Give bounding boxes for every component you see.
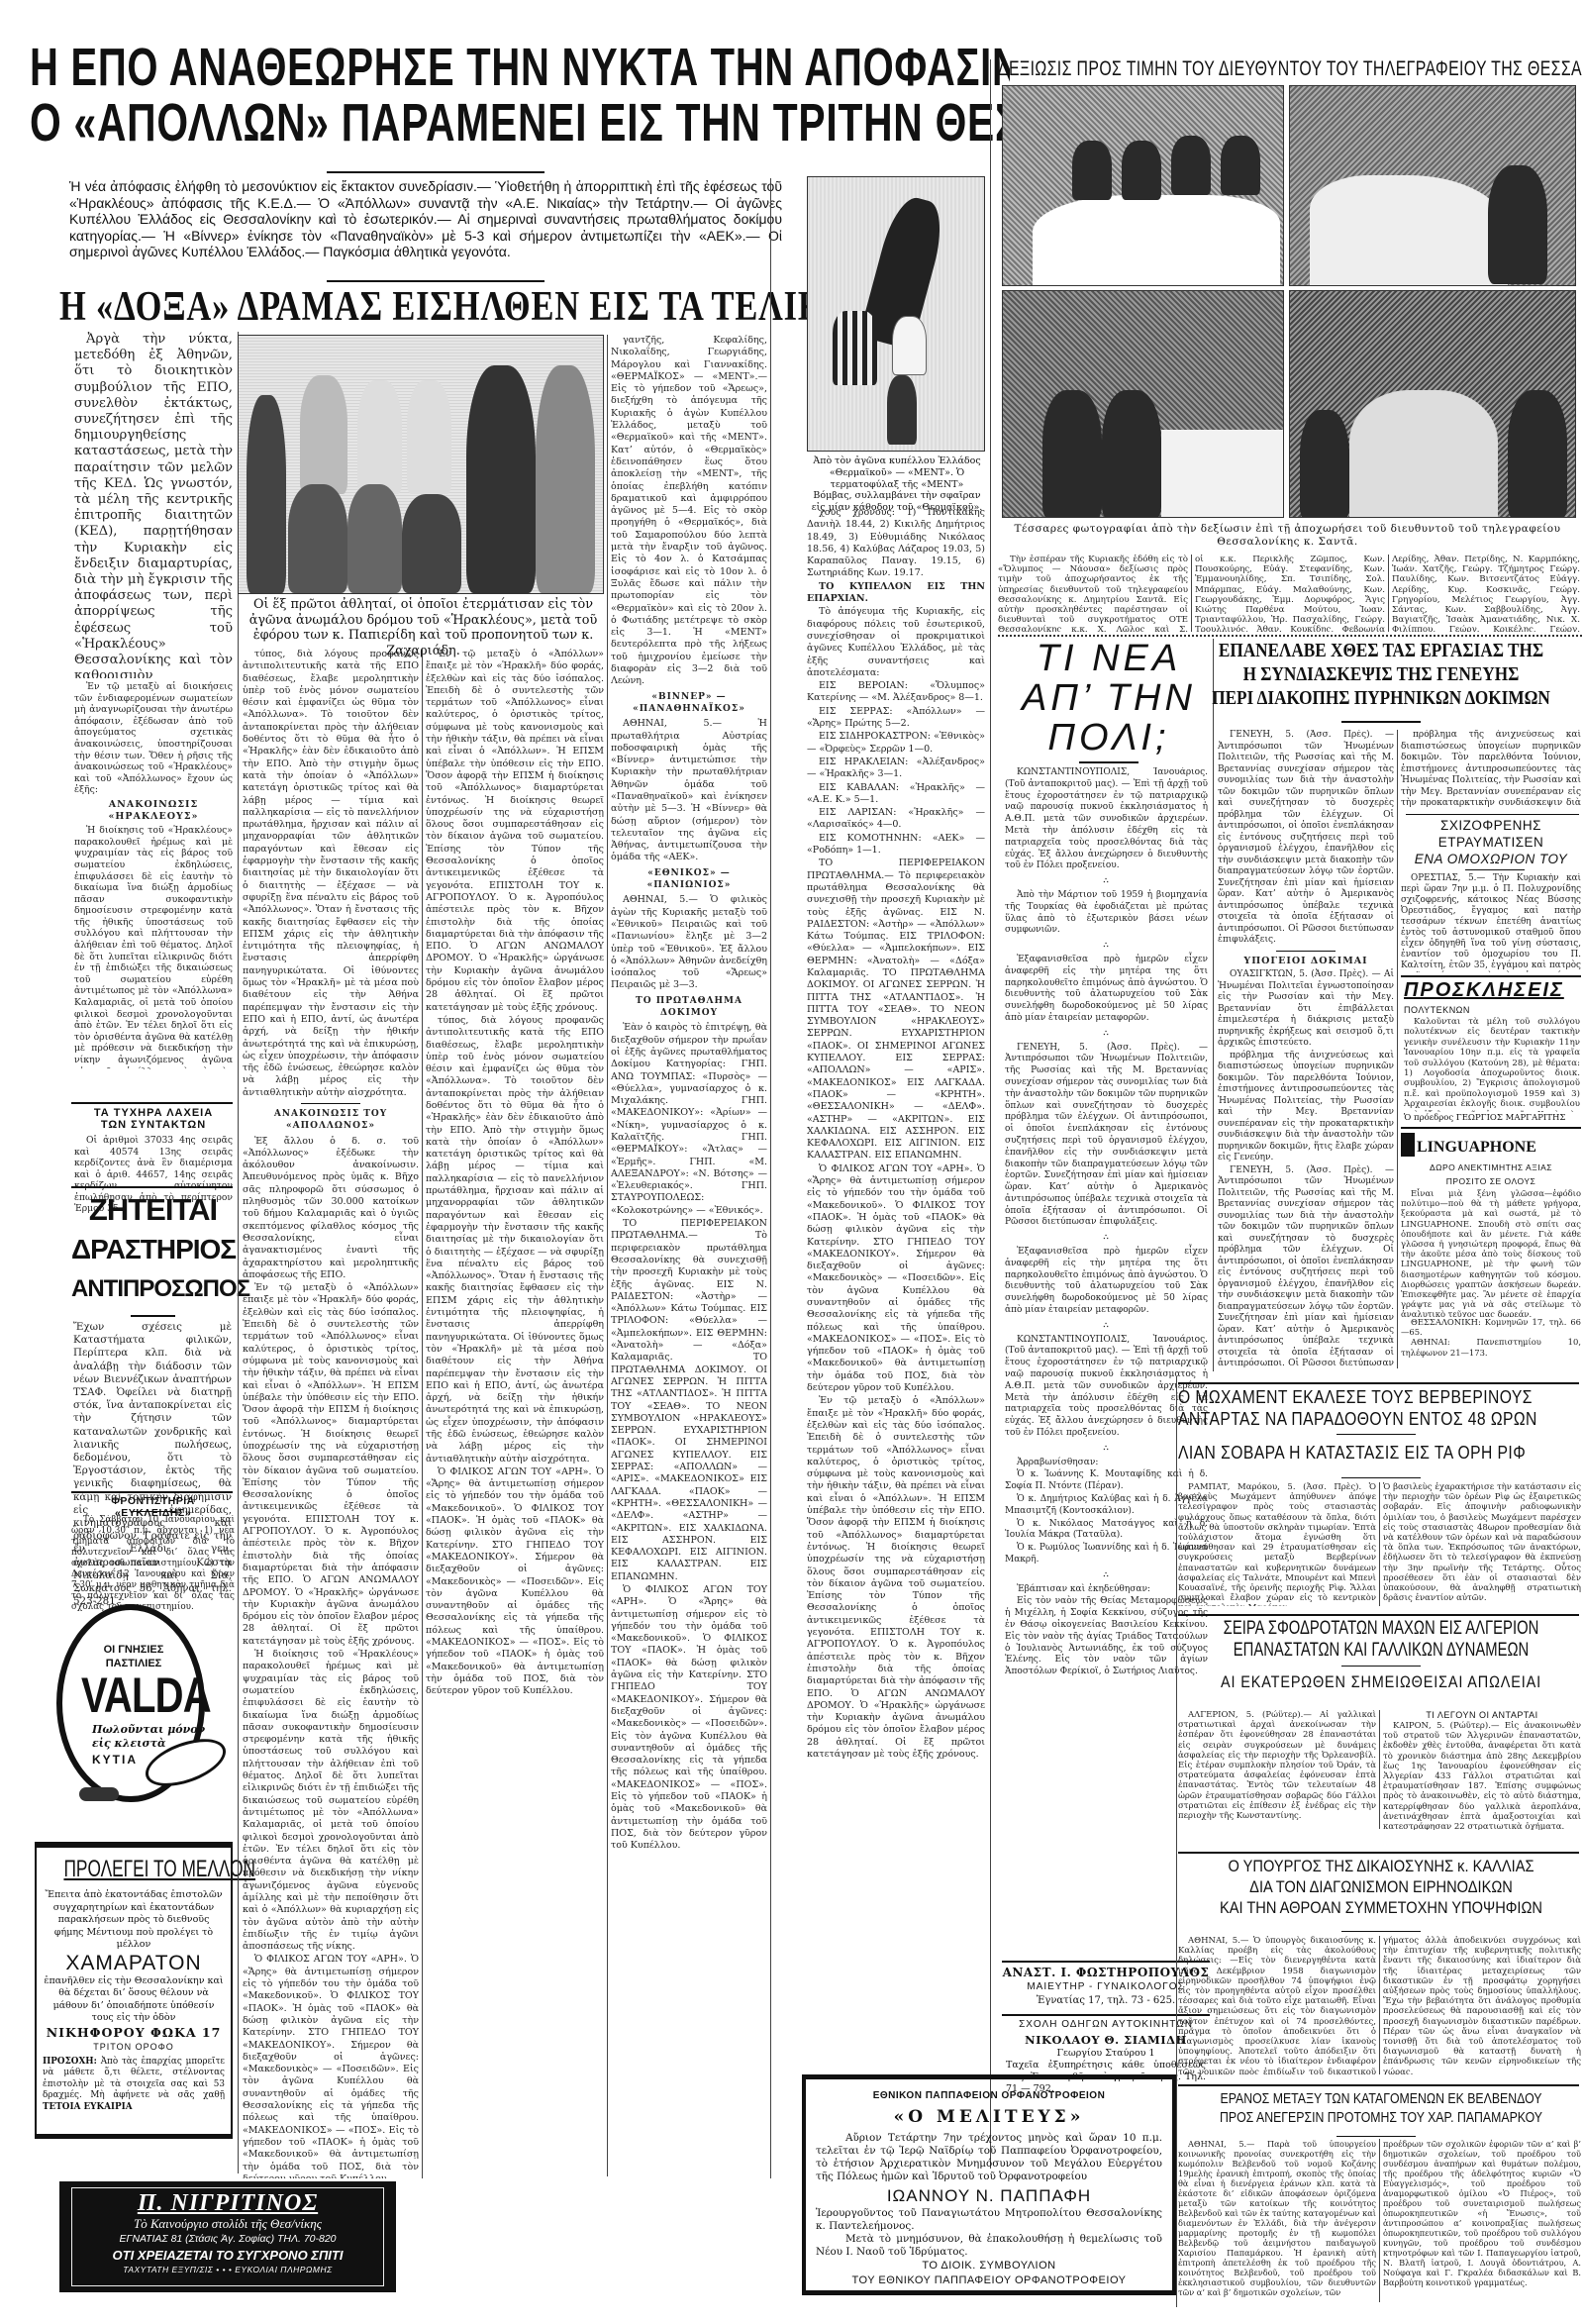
ti-nea-line3: ΠΟΛΙ; bbox=[1005, 718, 1213, 758]
cup-result-3: ΕΙΣ ΣΙΔΗΡΟΚΑΣΤΡΟΝ: «Ἐθνικὸς» — «Ὀρφεὺς» … bbox=[807, 731, 985, 756]
doxa-body-text-1: Ἐν τῷ μεταξὺ αἱ διοικήσεις τῶν ἐνδιαφερο… bbox=[74, 681, 233, 796]
main-headline: Η ΕΠΟ ΑΝΑΘΕΩΡΗΣΕ ΤΗΝ ΝΥΚΤΑ ΤΗΝ ΑΠΟΦΑΣΙΝ … bbox=[30, 40, 1010, 163]
justice-headline-3: ΚΑΙ ΤΗΝ ΑΘΡΟΑΝ ΣΥΜΜΕΤΟΧΗΝ ΥΠΟΨΗΦΙΩΝ bbox=[1207, 1897, 1556, 1918]
table-shape bbox=[1349, 390, 1498, 518]
person-figure bbox=[1221, 136, 1260, 195]
ad-rep-title-3: ΑΝΤΙΠΡΟΣΩΠΟΣ bbox=[71, 1269, 235, 1309]
doxa-body-text-2: Ἡ διοίκησις τοῦ «Ἡρακλέους» παρακολουθεῖ… bbox=[74, 825, 233, 1069]
vinner-subhead: «ΒΙΝΝΕΡ» — «ΠΑΝΑΘΗΝΑΪΚΟΣ» bbox=[611, 691, 767, 716]
invitations-subtitle: ΠΟΛΥΤΕΚΝΩΝ bbox=[1404, 1004, 1470, 1016]
justice-col-2: γήματος ἀλλὰ ἀποδεικνύει συγχρόνως καὶ τ… bbox=[1383, 1936, 1581, 2074]
cup-result-4: ΕΙΣ ΗΡΑΚΛΕΙΑΝ: «Ἀλέξανδρος» — «Ἡρακλῆς» … bbox=[807, 757, 985, 781]
person-figure bbox=[247, 395, 286, 593]
linguaphone-thess: ΘΕΣΣΑΛΟΝΙΚΗ: Κομνηνῶν 17, τηλ. 66—65. bbox=[1401, 1317, 1581, 1337]
fortune-name: ΧΑΜΑΡΑΤΟΝ bbox=[37, 1952, 231, 1975]
geneva-text-2: ΟΥΑΣΙΓΚΤΩΝ, 5. (Ἀσσ. Πρὲς). — Αἱ Ἡνωμένα… bbox=[1218, 969, 1394, 1050]
justice-col-1: ΑΘΗΝΑΙ, 5.— Ὁ ὑπουργὸς δικαιοσύνης κ. Κα… bbox=[1178, 1936, 1376, 2074]
more-sports-text-2: Ὁ ΦΙΛΙΚΟΣ ΑΓΩΝ ΤΟΥ «ΑΡΗ». Ὁ «Ἄρης» θὰ ἀν… bbox=[807, 1163, 985, 1395]
valda-slogan-2: εἰς κλειστὰ bbox=[92, 1737, 165, 1750]
main-deck: Ἡ νέα ἀπόφασις ἐλήφθη τὸ μεσονύκτιον εἰς… bbox=[69, 178, 782, 277]
col4-text-3: ΑΘΗΝΑΙ, 5.— Ὁ φιλικὸς ἀγὼν τῆς Κυριακῆς … bbox=[611, 894, 767, 991]
divider bbox=[1178, 2084, 1579, 2086]
column-divider bbox=[1213, 639, 1214, 1371]
linguaphone-brand-text: LINGUAPHONE bbox=[1417, 1139, 1536, 1157]
ti-nea-text-3: Ἐξαφανισθεῖσα πρὸ ἡμερῶν εἶχεν ἀναφερθῆ … bbox=[1005, 955, 1208, 1025]
column-divider bbox=[1191, 555, 1192, 632]
sports-column-5: χους χρόνους: 1) Ποντικάκης Δανιὴλ 18.44… bbox=[807, 507, 985, 2022]
velvendo-col-1: ΑΘΗΝΑΙ, 5.— Παρὰ τοῦ ὑπουργείου κοινωνικ… bbox=[1178, 2139, 1376, 2302]
schizo-headline-3: ΕΝΑ ΟΜΟΧΩΡΙΟΝ ΤΟΥ bbox=[1401, 851, 1581, 867]
invitations-signature: Ὁ πρόεδρος ΓΕΩΡΓΙΟΣ ΜΑΡΓΑΡΙΤΗΣ bbox=[1404, 1113, 1582, 1124]
person-figure bbox=[536, 365, 595, 593]
divider bbox=[327, 280, 544, 282]
more-sports-text: ΤΟ ΠΕΡΙΦΕΡΕΙΑΚΟΝ ΠΡΩΤΑΘΛΗΜΑ.— Τὸ περιφερ… bbox=[807, 858, 985, 1162]
fortune-notice: ΠΡΟΣΟΧΗ: Ἀπὸ τὰς ἐπαρχίας μπορεῖτε νὰ μά… bbox=[37, 2053, 231, 2114]
doxa-column-2: τύπος, διὰ λόγους προφανῶς ἀντιπολιτευτι… bbox=[243, 649, 419, 2178]
divider bbox=[131, 1315, 175, 1317]
linguaphone-l-icon bbox=[1401, 1133, 1415, 1157]
geneva-headline-3: ΠΕΡΙ ΔΙΑΚΟΠΗΣ ΠΥΡΗΝΙΚΩΝ ΔΟΚΙΜΩΝ bbox=[1207, 686, 1556, 710]
reception-photo-3 bbox=[1002, 290, 1284, 518]
person-figure bbox=[1488, 165, 1547, 284]
reception-headline-text: ΔΕΞΙΩΣΙΣ ΠΡΟΣ ΤΙΜΗΝ ΤΟΥ ΔΙΕΥΘΥΝΤΟΥ ΤΟΥ Τ… bbox=[998, 57, 1438, 81]
col4-text-5: ΤΟ ΠΕΡΙΦΕΡΕΙΑΚΟΝ ΠΡΩΤΑΘΛΗΜΑ.— Τὸ περιφερ… bbox=[611, 1218, 767, 1583]
geneva-headline: ΕΠΑΝΕΛΑΒΕ ΧΘΕΣ ΤΑΣ ΕΡΓΑΣΙΑΣ ΤΗΣ Η ΣΥΝΔΙΑ… bbox=[1178, 639, 1584, 713]
doxa-col2-text-2: Ἐξ ἄλλου ὁ δ. σ. τοῦ «Ἀπόλλωνος» ἐξέδωκε… bbox=[243, 1136, 419, 1282]
nigritinos-brand: Π. ΝΙΓΡΙΤΙΝΟΣ bbox=[78, 2190, 377, 2216]
filler-col-a: Ἐν τῷ μεταξὺ ὁ «Ἀπόλλων» ἔπαιξε μὲ τὸν «… bbox=[243, 1282, 419, 1648]
valda-brand: VALDA bbox=[81, 1667, 184, 1723]
divider bbox=[1336, 2136, 1416, 2137]
person-figure bbox=[1102, 390, 1161, 518]
cup-result-1: ΕΙΣ ΒΕΡΟΙΑΝ: «Ὄλυμπος» Κατερίνης — «Μ. Ἀ… bbox=[807, 680, 985, 705]
nigritinos-line3: ΟΤΙ ΧΡΕΙΑΖΕΤΑΙ ΤΟ ΣΥΓΧΡΟΝΟ ΣΠΙΤΙ bbox=[78, 2247, 377, 2264]
triangle-icon: ∴ bbox=[1005, 875, 1208, 887]
orphanage-sign-1: ΤΟ ΔΙΟΙΚ. ΣΥΜΒΟΥΛΙΟΝ bbox=[816, 2259, 1162, 2273]
doxa-body-left: Ἐν τῷ μεταξὺ αἱ διοικήσεις τῶν ἐνδιαφερο… bbox=[74, 681, 233, 1069]
person-figure bbox=[1042, 390, 1102, 518]
column-divider bbox=[1379, 1482, 1380, 1606]
fortune-floor: ΤΡΙΤΟΝ ΟΡΟΦΟ bbox=[37, 2041, 231, 2053]
column-divider bbox=[1379, 1936, 1380, 2074]
divider bbox=[1401, 1127, 1581, 1129]
fortune-notice-end: ΤΕΤΟΙΑ ΕΥΚΑΙΡΙΑ bbox=[43, 2102, 133, 2112]
ti-nea-text-4: ΓΕΝΕΥΗ, 5. (Ἀσσ. Πρὲς). — Ἀντιπρόσωποι τ… bbox=[1005, 1043, 1208, 1230]
cup-result-7: ΕΙΣ ΚΟΜΟΤΗΝΗΝ: «ΑΕΚ» — «Ροδόπη» 1—1. bbox=[807, 833, 985, 858]
match-photo-caption: Ἀπὸ τὸν ἀγῶνα κυπέλλου Ἑλλάδος «Θερμαϊκο… bbox=[810, 455, 984, 514]
divider bbox=[1341, 1666, 1421, 1667]
person-figure bbox=[1171, 136, 1211, 195]
reception-headline: ΔΕΞΙΩΣΙΣ ΠΡΟΣ ΤΙΜΗΝ ΤΟΥ ΔΙΕΥΘΥΝΤΟΥ ΤΟΥ Τ… bbox=[998, 57, 1582, 83]
reception-caption: Τέσσαρες φωτογραφίαι ἀπὸ τὴν δεξίωσιν ἐπ… bbox=[998, 523, 1577, 549]
doxa-col3-text-3: Ὁ ΦΙΛΙΚΟΣ ΑΓΩΝ ΤΟΥ «ΑΡΗ». Ὁ «Ἄρης» θὰ ἀν… bbox=[426, 1466, 604, 1698]
fortune-middle: ἐπανῆλθεν εἰς τὴν Θεσσαλονίκην καὶ θὰ δέ… bbox=[37, 1975, 231, 2025]
triangle-icon: ∴ bbox=[1005, 940, 1208, 952]
table-shape bbox=[1033, 195, 1280, 286]
doxa-column-4: γαντζῆς, Κεφαλίδης, Νικολαΐδης, Γεωργιάδ… bbox=[611, 335, 767, 2176]
col4-text-1: γαντζῆς, Κεφαλίδης, Νικολαΐδης, Γεωργιάδ… bbox=[611, 335, 767, 688]
col4-text-2: ΑΘΗΝΑΙ, 5.— Ἡ πρωταθλήτρια Αὐστρίας ποδο… bbox=[611, 718, 767, 864]
person-figure bbox=[347, 484, 402, 593]
invitations-title: ΠΡΟΣΚΛΗΣΕΙΣ bbox=[1404, 978, 1582, 1002]
divider bbox=[37, 1844, 231, 1848]
divider bbox=[327, 171, 544, 173]
ad-frontistiria: ΦΡΟΝΤΙΣΤΗΡΙΑ «ΕΥΚΛΕΙΔΗΣ» Τὸ Σάββατον 10 … bbox=[71, 1495, 235, 1589]
geneva-text-4: ΓΕΝΕΥΗ, 5. (Ἀσσ. Πρὲς). — Ἀντιπρόσωποι τ… bbox=[1218, 1165, 1394, 1369]
algeria-col-2: ΚΑΪΡΟΝ, 5. (Ρώϋτερ).— Εἰς ἀνακοινωθὲν το… bbox=[1383, 1721, 1581, 1830]
cup-result-2: ΕΙΣ ΣΕΡΡΑΣ: «Ἀπόλλων» — «Ἄρης» Πρώτης 5—… bbox=[807, 706, 985, 731]
lottery-title-1: ΤΑ ΤΥΧΗΡΑ ΛΑΧΕΙΑ bbox=[74, 1107, 233, 1119]
filler-col-a-3: Ὁ ΦΙΛΙΚΟΣ ΑΓΩΝ ΤΟΥ «ΑΡΗ». Ὁ «Ἄρης» θὰ ἀν… bbox=[243, 1954, 419, 2178]
deck-text: Ἡ νέα ἀπόφασις ἐλήφθη τὸ μεσονύκτιον εἰς… bbox=[69, 178, 782, 259]
velvendo-headline: ΕΡΑΝΟΣ ΜΕΤΑΞΥ ΤΩΝ ΚΑΤΑΓΟΜΕΝΩΝ ΕΚ ΒΕΛΒΕΝΔ… bbox=[1178, 2089, 1584, 2133]
divider bbox=[71, 1186, 233, 1188]
column-divider bbox=[1379, 2139, 1380, 2302]
main-headline-line1: Η ΕΠΟ ΑΝΑΘΕΩΡΗΣΕ ΤΗΝ ΝΥΚΤΑ ΤΗΝ ΑΠΟΦΑΣΙΝ … bbox=[30, 40, 755, 95]
schizo-headline-2: ΕΤΡΑΥΜΑΤΙΣΕΝ bbox=[1401, 834, 1581, 851]
linguaphone-brand: LINGUAPHONE bbox=[1401, 1131, 1581, 1157]
divider bbox=[131, 1511, 175, 1512]
table-shape bbox=[1310, 175, 1508, 286]
heracles-subhead: ΑΝΑΚΟΙΝΩΣΙΣ «ΗΡΑΚΛΕΟΥΣ» bbox=[74, 799, 233, 822]
divider bbox=[1178, 1382, 1579, 1384]
algeria-headline-1: ΣΕΙΡΑ ΣΦΟΔΡΟΤΑΤΩΝ ΜΑΧΩΝ ΕΙΣ ΑΛΓΕΡΙΟΝ bbox=[1223, 1618, 1539, 1640]
fortune-address: ΝΙΚΗΦΟΡΟΥ ΦΩΚΑ 17 bbox=[37, 2025, 231, 2041]
column-divider bbox=[1397, 730, 1398, 1368]
algeria-headline: ΣΕΙΡΑ ΣΦΟΔΡΟΤΑΤΩΝ ΜΑΧΩΝ ΕΙΣ ΑΛΓΕΡΙΟΝ ΕΠΑ… bbox=[1178, 1618, 1584, 1713]
linguaphone-ad: LINGUAPHONE ΔΩΡΟ ΑΝΕΚΤΙΜΗΤΗΣ ΑΞΙΑΣ ΠΡΟΣΙ… bbox=[1401, 1131, 1581, 1368]
divider bbox=[1341, 1477, 1421, 1478]
geneva-col-1: ΓΕΝΕΥΗ, 5. (Ἀσσ. Πρὲς). — Ἀντιπρόσωποι τ… bbox=[1218, 730, 1394, 1368]
person-figure bbox=[357, 380, 402, 494]
doxa-column-3: Ἐν τῷ μεταξὺ ὁ «Ἀπόλλων» ἔπαιξε μὲ τὸν «… bbox=[426, 649, 604, 2178]
doxa-col3-text-2: τύπος, διὰ λόγους προφανῶς ἀντιπολιτευτι… bbox=[426, 1015, 604, 1465]
divider bbox=[71, 1491, 233, 1493]
column-divider bbox=[1379, 1710, 1380, 1829]
player-legs bbox=[887, 375, 917, 445]
ti-nea-text-5: Ἐξαφανισθεῖσα πρὸ ἡμερῶν εἶχεν ἀναφερθῆ … bbox=[1005, 1247, 1208, 1317]
underground-subhead: ΥΠΟΓΕΙΟΙ ΔΟΚΙΜΑΙ bbox=[1218, 956, 1394, 967]
orphanage-ad: ΕΘΝΙΚΟΝ ΠΑΠΠΑΦΕΙΟΝ ΟΡΦΑΝΟΤΡΟΦΕΙΟΝ «Ο ΜΕΛ… bbox=[802, 2079, 1176, 2292]
schizo-headline: ΣΧΙΖΟΦΡΕΝΗΣ ΕΤΡΑΥΜΑΤΙΣΕΝ ΕΝΑ ΟΜΟΧΩΡΙΟΝ Τ… bbox=[1401, 817, 1581, 881]
filler-col-a-2: Ἡ διοίκησις τοῦ «Ἡρακλέους» παρακολουθεῖ… bbox=[243, 1649, 419, 1953]
morocco-col-2: Ὁ βασιλεὺς ἐχαρακτήρισε τὴν κατάστασιν ε… bbox=[1383, 1482, 1581, 1606]
dokimou-subhead: ΤΟ ΠΡΩΤΑΘΛΗΜΑ ΔΟΚΙΜΟΥ bbox=[611, 995, 767, 1020]
linguaphone-athens: ΑΘΗΝΑΙ: Πανεπιστημίου 10, τηλέφωνον 21—1… bbox=[1401, 1337, 1581, 1357]
divider bbox=[1406, 814, 1579, 815]
doxa-lead-article: Ἀργὰ τὴν νύκτα, μετεδόθη ἐξ Ἀθηνῶν, ὅτι … bbox=[74, 332, 233, 678]
column-divider bbox=[238, 332, 239, 2173]
orphanage-title: «Ο ΜΕΛΙΤΕΥΣ» bbox=[816, 2105, 1162, 2129]
person-figure bbox=[1300, 410, 1349, 518]
morocco-headline-1: Ο ΜΩΧΑΜΕΝΤ ΕΚΑΛΕΣΕ ΤΟΥΣ ΒΕΡΒΕΡΙΝΟΥΣ bbox=[1178, 1386, 1532, 1408]
triangle-icon: ∴ bbox=[1005, 1028, 1208, 1040]
column-divider bbox=[990, 59, 991, 2169]
cup-text: Τὸ ἀπόγευμα τῆς Κυριακῆς, εἰς διαφόρους … bbox=[807, 606, 985, 679]
reception-col-3: Λερίδης, Ἀθαν. Πετρίδης, Ν. Καρμπόκης, Ἰ… bbox=[1392, 555, 1580, 632]
reception-col-1: Τὴν ἑσπέραν τῆς Κυριακῆς ἐδόθη εἰς τὸ «Ὄ… bbox=[998, 555, 1188, 632]
person-figure bbox=[288, 484, 347, 593]
orphanage-sign-2: ΤΟΥ ΕΘΝΙΚΟΥ ΠΑΠΠΑΦΕΙΟΥ ΟΡΦΑΝΟΤΡΟΦΕΙΟΥ bbox=[816, 2273, 1162, 2288]
column-divider bbox=[607, 335, 608, 2176]
nigritinos-line4: ΤΑΧΥΤΑΤΗ ΕΞΥΠ/ΣΙΣ • • • ΕΥΚΟΛΙΑΙ ΠΛΗΡΩΜΗ… bbox=[78, 2264, 377, 2275]
velvendo-headline-2: ΠΡΟΣ ΑΝΕΓΕΡΣΙΝ ΠΡΟΤΟΜΗΣ ΤΟΥ ΧΑΡ. ΠΑΠΑΜΑΡ… bbox=[1215, 2108, 1547, 2127]
triangle-icon: ∴ bbox=[1005, 1320, 1208, 1332]
col4-text-4: Ἐὰν ὁ καιρὸς τὸ ἐπιτρέψῃ, θὰ διεξαχθοῦν … bbox=[611, 1022, 767, 1217]
ad-rep-title-2: ΔΡΑΣΤΗΡΙΟΣ bbox=[71, 1230, 235, 1269]
reception-photo-4 bbox=[1289, 290, 1576, 518]
velvendo-col-2: προέδρων τῶν σχολικῶν ἐφοριῶν τῶν α’ καὶ… bbox=[1383, 2139, 1581, 2302]
fortune-notice-label: ΠΡΟΣΟΧΗ: bbox=[43, 2057, 97, 2067]
justice-headline-1: Ο ΥΠΟΥΡΓΟΣ ΤΗΣ ΔΙΚΑΙΟΣΥΝΗΣ κ. ΚΑΛΛΙΑΣ bbox=[1207, 1856, 1556, 1876]
valda-slogan-3: ΚΥΤΙΑ bbox=[92, 1753, 138, 1767]
orphanage-text-2: Ἱερουργοῦντος τοῦ Παναγιωτάτου Μητροπολί… bbox=[816, 2207, 1162, 2233]
nigritinos-line2: ΕΓΝΑΤΙΑΣ 81 (Στάσις Ἁγ. Σοφίας) ΤΗΛ. 70-… bbox=[78, 2232, 377, 2247]
match-photo bbox=[807, 176, 985, 452]
divider bbox=[1336, 1434, 1416, 1435]
reception-photo-2 bbox=[1289, 85, 1576, 286]
geneva-col2-text: πρόβλημα τῆς ἀνιχνεύσεως καὶ διαπιστώσεω… bbox=[1401, 730, 1581, 809]
divider bbox=[71, 1102, 233, 1104]
nigritinos-line1: Τὸ Καινούργιο στολίδι τῆς Θεσ/νίκης bbox=[78, 2216, 377, 2232]
geneva-headline-1: ΕΠΑΝΕΛΑΒΕ ΧΘΕΣ ΤΑΣ ΕΡΓΑΣΙΑΣ ΤΗΣ bbox=[1207, 639, 1556, 662]
player-figure bbox=[833, 311, 877, 385]
justice-headline: Ο ΥΠΟΥΡΓΟΣ ΤΗΣ ΔΙΚΑΙΟΣΥΝΗΣ κ. ΚΑΛΛΙΑΣ ΔΙ… bbox=[1178, 1856, 1584, 1927]
ti-nea-text-2: Ἀπὸ τὴν Μάρτιον τοῦ 1959 ἡ βιομηχανία τῆ… bbox=[1005, 890, 1208, 937]
person-figure bbox=[300, 375, 347, 494]
doxa-headline-text: Η «ΔΟΞΑ» ΔΡΑΜΑΣ ΕΙΣΗΛΘΕΝ ΕΙΣ ΤΑ ΤΕΛΙΚΑ bbox=[59, 285, 676, 329]
column-divider bbox=[1388, 555, 1389, 632]
table-shape bbox=[1161, 430, 1284, 518]
lottery-box: ΤΑ ΤΥΧΗΡΑ ΛΑΧΕΙΑ ΤΩΝ ΣΥΝΤΑΚΤΩΝ Οἱ ἀριθμο… bbox=[74, 1107, 233, 1184]
nigritinos-frame: Π. ΝΙΓΡΙΤΙΝΟΣ Τὸ Καινούργιο στολίδι τῆς … bbox=[71, 2187, 384, 2286]
person-figure bbox=[407, 380, 451, 494]
column-divider bbox=[422, 649, 423, 2178]
ad-nigritinos: Π. ΝΙΓΡΙΤΙΝΟΣ Τὸ Καινούργιο στολίδι τῆς … bbox=[59, 2181, 396, 2292]
col4-text-6: Ὁ ΦΙΛΙΚΟΣ ΑΓΩΝ ΤΟΥ «ΑΡΗ». Ὁ «Ἄρης» θὰ ἀν… bbox=[611, 1584, 767, 1853]
morocco-headline-2: ΑΝΤΑΡΤΑΣ ΝΑ ΠΑΡΑΔΟΘΟΥΝ ΕΝΤΟΣ 48 ΩΡΩΝ bbox=[1178, 1408, 1532, 1430]
fortune-intro: Ἔπειτα ἀπὸ ἑκατοντάδας ἐπιστολῶν συγχαρη… bbox=[37, 1883, 231, 1952]
apollon-subhead: ΑΝΑΚΟΙΝΩΣΙΣ ΤΟΥ «ΑΠΟΛΛΩΝΟΣ» bbox=[243, 1108, 419, 1133]
morocco-headline-3: ΛΙΑΝ ΣΟΒΑΡΑ Η ΚΑΤΑΣΤΑΣΙΣ ΕΙΣ ΤΑ ΟΡΗ ΡΙΦ bbox=[1178, 1442, 1532, 1464]
more-sports-text-3: Ἐν τῷ μεταξὺ ὁ «Ἀπόλλων» ἔπαιξε μὲ τὸν «… bbox=[807, 1395, 985, 1761]
doxa-col3-text: Ἐν τῷ μεταξὺ ὁ «Ἀπόλλων» ἔπαιξε μὲ τὸν «… bbox=[426, 649, 604, 1014]
ad-valda: ΟΙ ΓΝΗΣΙΕΣ ΠΑΣΤΙΛΙΕΣ VALDA Πωλοῦνται μόν… bbox=[45, 1604, 233, 1812]
algeria-headline-3: ΑΙ ΕΚΑΤΕΡΩΘΕΝ ΣΗΜΕΙΩΘΕΙΣΑΙ ΑΠΩΛΕΙΑΙ bbox=[1209, 1671, 1554, 1693]
divider bbox=[1178, 1614, 1579, 1616]
reception-photo-1 bbox=[1002, 85, 1284, 286]
divider bbox=[1341, 1931, 1421, 1932]
orphanage-org: ΕΘΝΙΚΟΝ ΠΑΠΠΑΦΕΙΟΝ ΟΡΦΑΝΟΤΡΟΦΕΙΟΝ bbox=[816, 2089, 1162, 2103]
divider bbox=[802, 2290, 1176, 2295]
doxa-col2-text: τύπος, διὰ λόγους προφανῶς ἀντιπολιτευτι… bbox=[243, 649, 419, 1099]
orphanage-text-1: Αὔριον Τετάρτην 7ην τρέχοντος μηνὸς καὶ … bbox=[816, 2132, 1162, 2183]
linguaphone-text: Εἶναι μιὰ ξένη γλῶσσα—ἐφόδιο πολύτιμο—πο… bbox=[1401, 1188, 1581, 1317]
frontistiria-text: Τὸ Σάββατον 10 Ἰανουαρίου καὶ ὥραν 10,30… bbox=[71, 1515, 235, 1613]
person-figure bbox=[402, 494, 461, 593]
linguaphone-line1: ΔΩΡΟ ΑΝΕΚΤΙΜΗΤΗΣ ΑΞΙΑΣ bbox=[1401, 1161, 1581, 1174]
doxa-headline: Η «ΔΟΞΑ» ΔΡΑΜΑΣ ΕΙΣΗΛΘΕΝ ΕΙΣ ΤΑ ΤΕΛΙΚΑ bbox=[59, 285, 812, 329]
valda-slogan-1: Πωλοῦνται μόνον bbox=[92, 1723, 205, 1736]
ad-rep-title-1: ΖΗΤΕΙΤΑΙ bbox=[71, 1190, 235, 1230]
orphanage-text-3: Μετὰ τὸ μνημόσυνον, θὰ ἐπακολουθήσῃ ἡ θε… bbox=[816, 2233, 1162, 2259]
person-figure bbox=[1072, 141, 1112, 200]
person-figure bbox=[1508, 390, 1567, 518]
linguaphone-line2: ΠΡΟΣΙΤΟ ΣΕ ΟΛΟΥΣ bbox=[1401, 1174, 1581, 1188]
cup-result-5: ΕΙΣ ΚΑΒΑΛΑΝ: «Ἡρακλῆς» — «Α.Ε. Κ.» 5—1. bbox=[807, 782, 985, 807]
column-divider bbox=[1176, 1376, 1177, 2307]
justice-headline-2: ΔΙΑ ΤΟΝ ΔΙΑΓΩΝΙΣΜΟΝ ΕΙΡΗΝΟΔΙΚΩΝ bbox=[1207, 1876, 1556, 1897]
column-divider bbox=[770, 178, 771, 2178]
ad-fortune: ΠΡΟΛΕΓΕΙ ΤΟ ΜΕΛΛΟΝ Ἔπειτα ἀπὸ ἑκατοντάδα… bbox=[35, 1842, 233, 2139]
main-headline-line2: Ο «ΑΠΟΛΛΩΝ» ΠΑΡΑΜΕΝΕΙ ΕΙΣ ΤΗΝ ΤΡΙΤΗΝ ΘΕΣ… bbox=[30, 95, 769, 151]
divider bbox=[1079, 761, 1138, 763]
morocco-col-1: ΡΑΜΠΑΤ, Μαρόκου, 5. (Ἀσσ. Πρὲς). Ὁ βασιλ… bbox=[1178, 1482, 1376, 1606]
divider bbox=[1276, 951, 1336, 952]
cup-subhead: ΤΟ ΚΥΠΕΛΛΟΝ ΕΙΣ ΤΗΝ ΕΠΑΡΧΙΑΝ. bbox=[807, 581, 985, 606]
divider bbox=[1465, 869, 1525, 870]
divider bbox=[1178, 1852, 1579, 1854]
valda-top-1: ΟΙ ΓΝΗΣΙΕΣ bbox=[84, 1644, 183, 1656]
geneva-text-1: ΓΕΝΕΥΗ, 5. (Ἀσσ. Πρὲς). — Ἀντιπρόσωποι τ… bbox=[1218, 730, 1394, 947]
goalkeeper-shorts bbox=[892, 316, 927, 375]
reception-col-2: οἱ κ.κ. Περικλῆς Ζῶμπος, Κων. Πουσκούρης… bbox=[1195, 555, 1385, 632]
ti-nea-text-1: ΚΩΝΣΤΑΝΤΙΝΟΥΠΟΛΙΣ, Ἰανουάριος. (Τοῦ ἀντα… bbox=[1005, 767, 1208, 872]
person-figure bbox=[466, 365, 536, 593]
lottery-title-2: ΤΩΝ ΣΥΝΤΑΚΤΩΝ bbox=[74, 1119, 233, 1131]
velvendo-headline-1: ΕΡΑΝΟΣ ΜΕΤΑΞΥ ΤΩΝ ΚΑΤΑΓΟΜΕΝΩΝ ΕΚ ΒΕΛΒΕΝΔ… bbox=[1215, 2089, 1547, 2108]
cup-result-6: ΕΙΣ ΛΑΡΙΣΑΝ: «Ἡρακλῆς» — «Λαρισαϊκός» 4—… bbox=[807, 807, 985, 832]
triangle-icon: ∴ bbox=[1005, 1232, 1208, 1244]
algeria-col-1: ΑΛΓΕΡΙΟΝ, 5. (Ρώϋτερ).— Αἱ γαλλικαὶ στρα… bbox=[1178, 1710, 1376, 1829]
divider bbox=[1401, 975, 1581, 977]
algeria-headline-2: ΕΠΑΝΑΣΤΑΤΩΝ ΚΑΙ ΓΑΛΛΙΚΩΝ ΔΥΝΑΜΕΩΝ bbox=[1223, 1640, 1539, 1662]
ad-representative: ΖΗΤΕΙΤΑΙ ΔΡΑΣΤΗΡΙΟΣ ΑΝΤΙΠΡΟΣΩΠΟΣ Ἔχων σχ… bbox=[71, 1190, 235, 1487]
orphanage-name: ΙΩΑΝΝΟΥ Ν. ΠΑΠΠΑΦΗ bbox=[816, 2185, 1162, 2207]
doxa-lead-text: Ἀργὰ τὴν νύκτα, μετεδόθη ἐξ Ἀθηνῶν, ὅτι … bbox=[74, 332, 233, 678]
divider bbox=[301, 1103, 360, 1104]
fortune-title: ΠΡΟΛΕΓΕΙ ΤΟ ΜΕΛΛΟΝ bbox=[63, 1856, 203, 1883]
invitations-text: Καλοῦνται τὰ μέλη τοῦ συλλόγου πολυτέκνω… bbox=[1404, 1017, 1580, 1112]
race-results-text: χους χρόνους: 1) Ποντικάκης Δανιὴλ 18.44… bbox=[807, 507, 985, 580]
schizo-text: ΟΡΕΣΤΙΑΣ, 5.— Τὴν Κυριακὴν καὶ περὶ ὥραν… bbox=[1401, 873, 1581, 972]
ethnikos-subhead: «ΕΘΝΙΚΟΣ» — «ΠΑΝΙΩΝΙΟΣ» bbox=[611, 867, 767, 892]
geneva-col-2: πρόβλημα τῆς ἀνιχνεύσεως καὶ διαπιστώσεω… bbox=[1401, 730, 1581, 809]
person-figure bbox=[1122, 141, 1161, 200]
team-photo bbox=[238, 335, 604, 594]
geneva-headline-2: Η ΣΥΝΔΙΑΣΚΕΨΙΣ ΤΗΣ ΓΕΝΕΥΗΣ bbox=[1207, 662, 1556, 686]
geneva-text-3: πρόβλημα τῆς ἀνιχνεύσεως καὶ διαπιστώσεω… bbox=[1218, 1051, 1394, 1164]
divider bbox=[1341, 721, 1421, 723]
pastille-icon bbox=[79, 1787, 119, 1801]
schizo-headline-1: ΣΧΙΖΟΦΡΕΝΗΣ bbox=[1401, 817, 1581, 834]
rebels-subhead: ΤΙ ΛΕΓΟΥΝ ΟΙ ΑΝΤΑΡΤΑΙ bbox=[1383, 1709, 1581, 1721]
